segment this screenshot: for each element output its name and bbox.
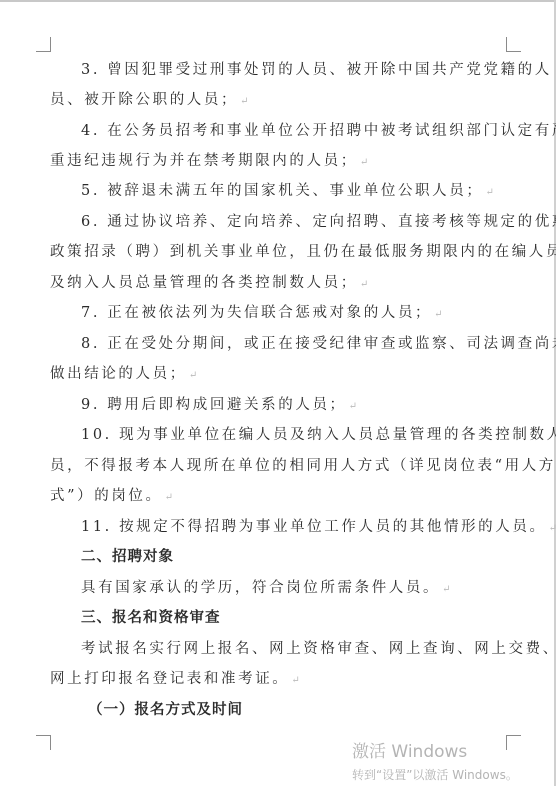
list-item-9: 9. 聘用后即构成回避关系的人员；↵	[81, 395, 360, 417]
margin-corner-top-left	[36, 37, 51, 52]
paragraph-mark-icon: ↵	[442, 584, 453, 595]
section-3-body-cont: 网上打印报名登记表和准考证。↵	[50, 669, 302, 691]
list-item-3-cont: 员、被开除公职的人员；↵	[50, 90, 251, 112]
section-heading-3: 三、报名和资格审查	[81, 608, 221, 628]
list-item-6-cont: 政策招录（聘）到机关事业单位，且仍在最低服务期限内的在编人员	[50, 242, 556, 262]
list-item-6-cont2: 及纳入人员总量管理的各类控制数人员；↵	[50, 273, 371, 295]
paragraph-mark-icon: ↵	[360, 157, 371, 168]
list-item-10-cont2: 式”）的岗位。↵	[50, 486, 176, 508]
paragraph-mark-icon: ↵	[360, 279, 371, 290]
list-item-11: 11. 按规定不得招聘为事业单位工作人员的其他情形的人员。↵	[81, 517, 556, 539]
list-item-8: 8. 正在受处分期间，或正在接受纪律审查或监察、司法调查尚未	[81, 334, 556, 354]
margin-corner-top-right	[506, 37, 521, 52]
list-item-4-cont: 重违纪违规行为并在禁考期限内的人员；↵	[50, 151, 371, 173]
margin-corner-bottom-left	[36, 735, 51, 750]
paragraph-mark-icon: ↵	[291, 675, 302, 686]
list-item-5: 5. 被辞退未满五年的国家机关、事业单位公职人员；↵	[81, 181, 496, 203]
watermark-subtitle: 转到“设置”以激活 Windows。	[352, 766, 518, 783]
paragraph-mark-icon: ↵	[165, 492, 176, 503]
list-item-10: 10. 现为事业单位在编人员及纳入人员总量管理的各类控制数人	[81, 425, 556, 445]
list-item-6: 6. 通过协议培养、定向培养、定向招聘、直接考核等规定的优惠	[81, 212, 556, 232]
list-item-10-cont: 员，不得报考本人现所在单位的相同用人方式（详见岗位表“用人方	[50, 456, 556, 476]
paragraph-mark-icon: ↵	[189, 370, 200, 381]
activate-windows-watermark: 激活 Windows 转到“设置”以激活 Windows。	[352, 737, 518, 783]
list-item-3: 3. 曾因犯罪受过刑事处罚的人员、被开除中国共产党党籍的人	[81, 60, 552, 80]
list-item-7: 7. 正在被依法列为失信联合惩戒对象的人员；↵	[81, 303, 445, 325]
paragraph-mark-icon: ↵	[549, 523, 556, 534]
paragraph-mark-icon: ↵	[485, 187, 496, 198]
list-item-4: 4. 在公务员招考和事业单位公开招聘中被考试组织部门认定有严	[81, 121, 556, 141]
paragraph-mark-icon: ↵	[240, 96, 251, 107]
window-top-border	[0, 0, 556, 2]
paragraph-mark-icon: ↵	[434, 309, 445, 320]
paragraph-mark-icon: ↵	[349, 401, 360, 412]
subsection-heading-1: （一）报名方式及时间	[88, 700, 243, 720]
watermark-title: 激活 Windows	[352, 737, 518, 762]
section-3-body: 考试报名实行网上报名、网上资格审查、网上查询、网上交费、	[81, 639, 556, 659]
section-2-body: 具有国家承认的学历，符合岗位所需条件人员。↵	[81, 578, 453, 600]
section-heading-2: 二、招聘对象	[81, 547, 174, 567]
list-item-8-cont: 做出结论的人员；↵	[50, 364, 200, 386]
